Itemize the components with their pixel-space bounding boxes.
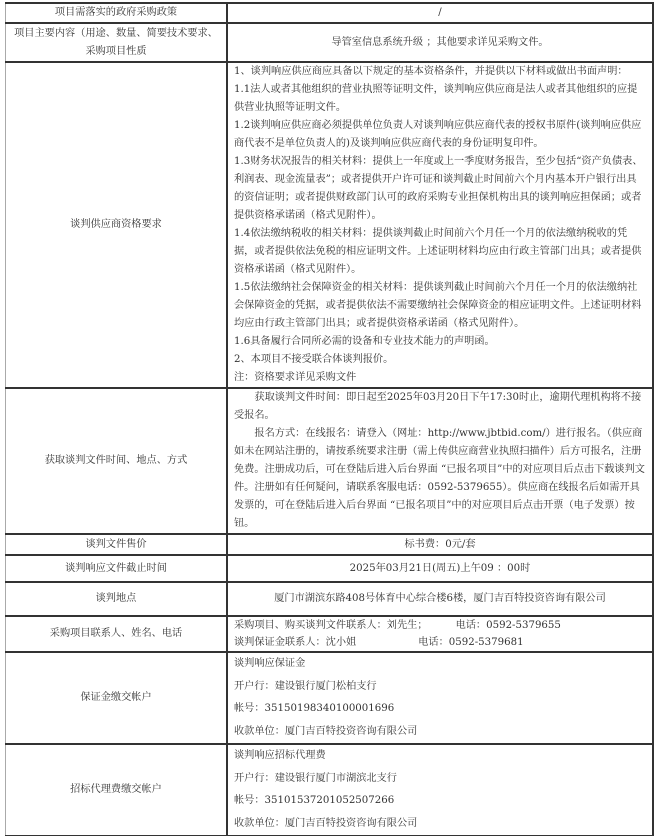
agency-fee-payee: 收款单位：厦门吉百特投资咨询有限公司	[234, 813, 646, 836]
row-price: 谈判文件售价 标书费：0元/套	[6, 534, 654, 555]
contact-line-2: 谈判保证金联系人：沈小姐电话：0592-5379681	[234, 634, 646, 651]
main-content-value: 导管室信息系统升级 ；其他要求详见采购文件。	[227, 23, 653, 62]
qualification-line: 1.4依法缴纳税收的相关材料：提供谈判截止时间前六个月任一个月的依法缴纳税收的凭…	[234, 225, 646, 279]
agency-fee-account-number: 帐号：35101537201052507266	[234, 790, 646, 813]
contact-1-name: 采购项目、购买谈判文件联系人：刘先生；	[234, 620, 428, 631]
contact-line-1: 采购项目、购买谈判文件联系人：刘先生；电话：0592-5379655	[234, 617, 646, 634]
agency-fee-account-label: 招标代理费缴交帐户	[6, 744, 228, 836]
main-content-label-line1: 项目主要内容（用途、数量、简要技术要求、	[12, 25, 220, 43]
qualification-line: 1、谈判响应供应商应具备以下规定的基本资格条件，并提供以下材料或做出书面声明：	[234, 63, 646, 81]
row-main-content: 项目主要内容（用途、数量、简要技术要求、 采购项目性质 导管室信息系统升级 ；其…	[6, 23, 654, 62]
contact-2-name: 谈判保证金联系人：沈小姐	[234, 637, 356, 648]
deposit-account-number: 帐号：35150198340100001696	[234, 698, 646, 721]
obtain-docs-label: 获取谈判文件时间、地点、方式	[6, 388, 228, 534]
policy-label: 项目需落实的政府采购政策	[6, 3, 228, 23]
contacts-label: 采购项目联系人、姓名、电话	[6, 616, 228, 652]
qualification-line: 1.3财务状况报告的相关材料：提供上一年度或上一季度财务报告，至少包括“资产负债…	[234, 153, 646, 225]
agency-fee-bank: 开户行：建设银行厦门市湖滨北支行	[234, 768, 646, 791]
deposit-title: 谈判响应保证金	[234, 653, 646, 676]
row-obtain-docs: 获取谈判文件时间、地点、方式 获取谈判文件时间：即日起至2025年03月20日下…	[6, 388, 654, 534]
qualification-note: 注：资格要求详见采购文件	[234, 369, 646, 387]
qualification-line: 1.2谈判响应供应商必须提供单位负责人对谈判响应供应商代表的授权书原件(谈判响应…	[234, 117, 646, 153]
qualification-line: 1.6具备履行合同所必需的设备和专业技术能力的声明函。	[234, 333, 646, 351]
contact-1-phone: 电话：0592-5379655	[456, 620, 561, 631]
obtain-docs-method: 报名方式：在线报名：请登入（网址：http://www.jbtbid.com/）…	[234, 425, 646, 533]
policy-value: /	[227, 3, 653, 23]
row-deadline: 谈判响应文件截止时间 2025年03月21日(周五)上午09 ：00时	[6, 555, 654, 582]
qualifications-label: 谈判供应商资格要求	[6, 62, 228, 388]
row-policy: 项目需落实的政府采购政策 /	[6, 3, 654, 23]
deadline-label: 谈判响应文件截止时间	[6, 555, 228, 582]
deposit-account-value: 谈判响应保证金 开户行：建设银行厦门松柏支行 帐号：35150198340100…	[227, 652, 653, 744]
deposit-account-label: 保证金缴交帐户	[6, 652, 228, 744]
obtain-docs-time: 获取谈判文件时间：即日起至2025年03月20日下午17:30时止，逾期代理机构…	[234, 389, 646, 425]
obtain-docs-value: 获取谈判文件时间：即日起至2025年03月20日下午17:30时止，逾期代理机构…	[227, 388, 653, 534]
row-agency-fee-account: 招标代理费缴交帐户 谈判响应招标代理费 开户行：建设银行厦门市湖滨北支行 帐号：…	[6, 744, 654, 836]
contact-2-phone: 电话：0592-5379681	[418, 637, 523, 648]
main-content-label: 项目主要内容（用途、数量、简要技术要求、 采购项目性质	[6, 23, 228, 62]
qualification-line: 2、本项目不接受联合体谈判报价。	[234, 351, 646, 369]
qualifications-value: 1、谈判响应供应商应具备以下规定的基本资格条件，并提供以下材料或做出书面声明： …	[227, 62, 653, 388]
contacts-value: 采购项目、购买谈判文件联系人：刘先生；电话：0592-5379655 谈判保证金…	[227, 616, 653, 652]
agency-fee-account-value: 谈判响应招标代理费 开户行：建设银行厦门市湖滨北支行 帐号：3510153720…	[227, 744, 653, 836]
price-label: 谈判文件售价	[6, 534, 228, 555]
main-content-label-line2: 采购项目性质	[12, 43, 220, 61]
procurement-info-table: 项目需落实的政府采购政策 / 项目主要内容（用途、数量、简要技术要求、 采购项目…	[5, 2, 654, 836]
location-label: 谈判地点	[6, 582, 228, 616]
row-contacts: 采购项目联系人、姓名、电话 采购项目、购买谈判文件联系人：刘先生；电话：0592…	[6, 616, 654, 652]
qualification-line: 1.5依法缴纳社会保障资金的相关材料：提供谈判截止时间前六个月任一个月的依法缴纳…	[234, 279, 646, 333]
location-value: 厦门市湖滨东路408号体育中心综合楼6楼，厦门吉百特投资咨询有限公司	[227, 582, 653, 616]
row-qualifications: 谈判供应商资格要求 1、谈判响应供应商应具备以下规定的基本资格条件，并提供以下材…	[6, 62, 654, 388]
deadline-value: 2025年03月21日(周五)上午09 ：00时	[227, 555, 653, 582]
deposit-bank: 开户行：建设银行厦门松柏支行	[234, 676, 646, 699]
qualification-line: 1.1法人或者其他组织的营业执照等证明文件，谈判响应供应商是法人或者其他组织的应…	[234, 81, 646, 117]
deposit-payee: 收款单位：厦门吉百特投资咨询有限公司	[234, 721, 646, 744]
agency-fee-title: 谈判响应招标代理费	[234, 745, 646, 768]
row-location: 谈判地点 厦门市湖滨东路408号体育中心综合楼6楼，厦门吉百特投资咨询有限公司	[6, 582, 654, 616]
price-value: 标书费：0元/套	[227, 534, 653, 555]
row-deposit-account: 保证金缴交帐户 谈判响应保证金 开户行：建设银行厦门松柏支行 帐号：351501…	[6, 652, 654, 744]
